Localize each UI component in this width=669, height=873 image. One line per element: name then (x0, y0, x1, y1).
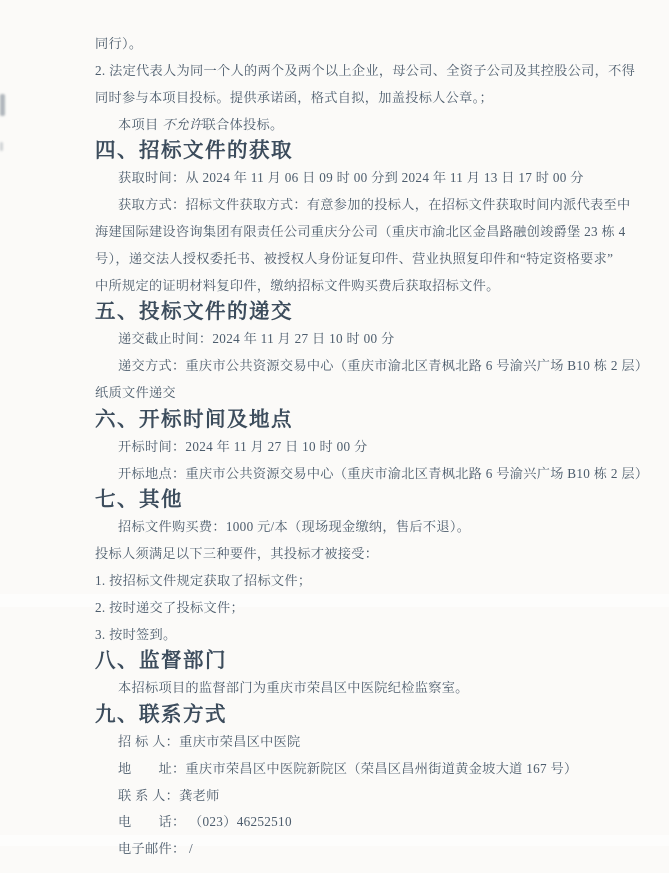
section9-address-line: 地 址：重庆市荣昌区中医院新院区（荣昌区昌州街道黄金坡大道 167 号） (95, 756, 639, 783)
section4-method-line1: 获取方式：招标文件获取方式：有意参加的投标人，在招标文件获取时间内派代表至中 (95, 192, 639, 219)
consortium-italic-text: 不允许 (162, 117, 202, 132)
section4-time-line: 获取时间：从 2024 年 11 月 06 日 09 时 00 分到 2024 … (95, 165, 639, 192)
section6-place-line: 开标地点：重庆市公共资源交易中心（重庆市渝北区青枫北路 6 号渝兴广场 B10 … (95, 461, 639, 488)
scan-artifact-speck (0, 142, 3, 151)
section7-fee-line: 招标文件购买费：1000 元/本（现场现金缴纳，售后不退）。 (95, 514, 639, 541)
document-content: 同行）。 2. 法定代表人为同一个人的两个及两个以上企业，母公司、全资子公司及其… (95, 31, 639, 863)
section6-time-line: 开标时间：2024 年 11 月 27 日 10 时 00 分 (95, 434, 639, 461)
section8-heading: 八、监督部门 (95, 648, 639, 675)
scan-artifact-speck (0, 94, 5, 116)
consortium-suffix: 联合体投标。 (203, 117, 284, 132)
section9-tenderee-line: 招 标 人：重庆市荣昌区中医院 (95, 729, 639, 756)
section4-method-line4: 中所规定的证明材料复印件，缴纳招标文件购买费后获取招标文件。 (95, 273, 639, 300)
section9-phone-line: 电 话： （023）46252510 (95, 809, 639, 836)
clause2-line2: 同时参与本项目投标。提供承诺函，格式自拟，加盖投标人公章。； (95, 85, 639, 112)
section7-heading: 七、其他 (95, 487, 639, 514)
section7-condition3: 3. 按时签到。 (95, 622, 639, 649)
section9-contact-line: 联 系 人：龚老师 (95, 783, 639, 810)
section5-heading: 五、投标文件的递交 (95, 299, 639, 326)
clause2-line1: 2. 法定代表人为同一个人的两个及两个以上企业，母公司、全资子公司及其控股公司，… (95, 58, 639, 85)
section8-body-line: 本招标项目的监督部门为重庆市荣昌区中医院纪检监察室。 (95, 675, 639, 702)
section4-method-line2: 海建国际建设咨询集团有限责任公司重庆分公司（重庆市渝北区金昌路融创竣爵堡 23 … (95, 219, 639, 246)
section9-email-line: 电子邮件： / (95, 836, 639, 863)
section7-condition2: 2. 按时递交了投标文件； (95, 595, 639, 622)
document-page: 同行）。 2. 法定代表人为同一个人的两个及两个以上企业，母公司、全资子公司及其… (0, 0, 669, 873)
section7-conditions-intro: 投标人须满足以下三种要件，其投标才被接受： (95, 541, 639, 568)
section5-deadline-line: 递交截止时间：2024 年 11 月 27 日 10 时 00 分 (95, 326, 639, 353)
consortium-prefix: 本项目 (118, 117, 162, 132)
intro-continuation-line: 同行）。 (95, 31, 639, 58)
section4-heading: 四、招标文件的获取 (95, 138, 639, 165)
section9-heading: 九、联系方式 (95, 702, 639, 729)
section5-method-line2: 纸质文件递交 (95, 380, 639, 407)
section6-heading: 六、开标时间及地点 (95, 407, 639, 434)
section5-method-line1: 递交方式：重庆市公共资源交易中心（重庆市渝北区青枫北路 6 号渝兴广场 B10 … (95, 353, 639, 380)
consortium-note-line: 本项目 不允许联合体投标。 (95, 112, 639, 139)
section7-condition1: 1. 按招标文件规定获取了招标文件； (95, 568, 639, 595)
section4-method-line3: 号），递交法人授权委托书、被授权人身份证复印件、营业执照复印件和“特定资格要求” (95, 246, 639, 273)
